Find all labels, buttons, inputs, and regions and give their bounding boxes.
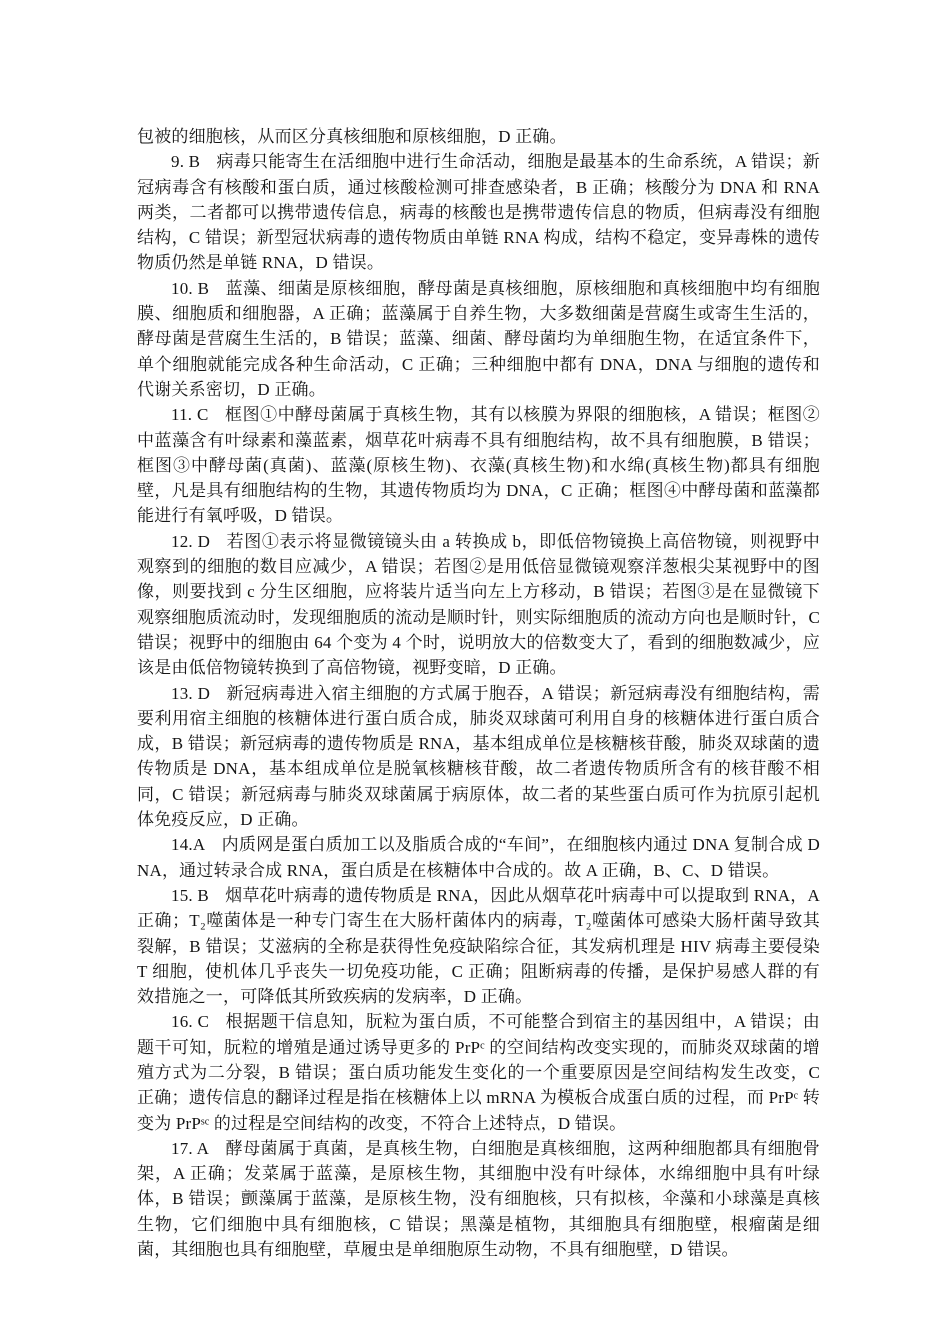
paragraph-q16: 16. C根据题干信息知，朊粒为蛋白质，不可能整合到宿主的基因组中，A 错误；由… <box>137 1009 820 1135</box>
answer-explanation-text: 蓝藻、细菌是原核细胞，酵母菌是真核细胞，原核细胞和真核细胞中均有细胞膜、细胞质和… <box>137 279 820 399</box>
answer-explanation-text: 框图①中酵母菌属于真核生物，其有以核膜为界限的细胞核，A 错误；框图②中蓝藻含有… <box>137 405 820 525</box>
paragraph-q8-continuation: 包被的细胞核，从而区分真核细胞和原核细胞，D 正确。 <box>137 124 820 149</box>
answer-explanation-text: 烟草花叶病毒的遗传物质是 RNA，因此从烟草花叶病毒中可以提取到 RNA，A 正… <box>137 886 820 1006</box>
paragraph-q12: 12. D若图①表示将显微镜镜头由 a 转换成 b，即低倍物镜换上高倍物镜，则视… <box>137 529 820 681</box>
paragraph-q9: 9. B病毒只能寄生在活细胞中进行生命活动，细胞是最基本的生命系统，A 错误；新… <box>137 149 820 275</box>
answer-text-block: 包被的细胞核，从而区分真核细胞和原核细胞，D 正确。 9. B病毒只能寄生在活细… <box>137 124 820 1262</box>
answer-explanation-text: 新冠病毒进入宿主细胞的方式属于胞吞，A 错误；新冠病毒没有细胞结构，需要利用宿主… <box>137 684 820 829</box>
answer-explanation-text: 包被的细胞核，从而区分真核细胞和原核细胞，D 正确。 <box>137 127 567 146</box>
paragraph-q14: 14.A内质网是蛋白质加工以及脂质合成的“车间”，在细胞核内通过 DNA 复制合… <box>137 832 820 883</box>
answer-number-q14: 14.A <box>171 835 221 854</box>
answer-explanation-text: 病毒只能寄生在活细胞中进行生命活动，细胞是最基本的生命系统，A 错误；新冠病毒含… <box>137 152 820 272</box>
paragraph-q15: 15. B烟草花叶病毒的遗传物质是 RNA，因此从烟草花叶病毒中可以提取到 RN… <box>137 883 820 1009</box>
answer-number-q16: 16. C <box>171 1012 225 1031</box>
answer-number-q13: 13. D <box>171 684 226 703</box>
answer-explanation-text: 若图①表示将显微镜镜头由 a 转换成 b，即低倍物镜换上高倍物镜，则视野中观察到… <box>137 532 820 677</box>
answer-explanation-text: 根据题干信息知，朊粒为蛋白质，不可能整合到宿主的基因组中，A 错误；由题干可知，… <box>137 1012 820 1132</box>
answer-explanation-text: 内质网是蛋白质加工以及脂质合成的“车间”，在细胞核内通过 DNA 复制合成 DN… <box>137 835 820 879</box>
paragraph-q10: 10. B蓝藻、细菌是原核细胞，酵母菌是真核细胞，原核细胞和真核细胞中均有细胞膜… <box>137 276 820 402</box>
answer-number-q17: 17. A <box>171 1139 225 1158</box>
answer-number-q9: 9. B <box>171 152 216 171</box>
paragraph-q13: 13. D新冠病毒进入宿主细胞的方式属于胞吞，A 错误；新冠病毒没有细胞结构，需… <box>137 681 820 833</box>
answer-number-q10: 10. B <box>171 279 225 298</box>
answer-number-q12: 12. D <box>171 532 226 551</box>
document-page: 包被的细胞核，从而区分真核细胞和原核细胞，D 正确。 9. B病毒只能寄生在活细… <box>0 0 950 1344</box>
paragraph-q11: 11. C框图①中酵母菌属于真核生物，其有以核膜为界限的细胞核，A 错误；框图②… <box>137 402 820 528</box>
paragraph-q17: 17. A酵母菌属于真菌，是真核生物，白细胞是真核细胞，这两种细胞都具有细胞骨架… <box>137 1136 820 1262</box>
answer-explanation-text: 酵母菌属于真菌，是真核生物，白细胞是真核细胞，这两种细胞都具有细胞骨架，A 正确… <box>137 1139 820 1259</box>
answer-number-q11: 11. C <box>171 405 225 424</box>
answer-number-q15: 15. B <box>171 886 225 905</box>
